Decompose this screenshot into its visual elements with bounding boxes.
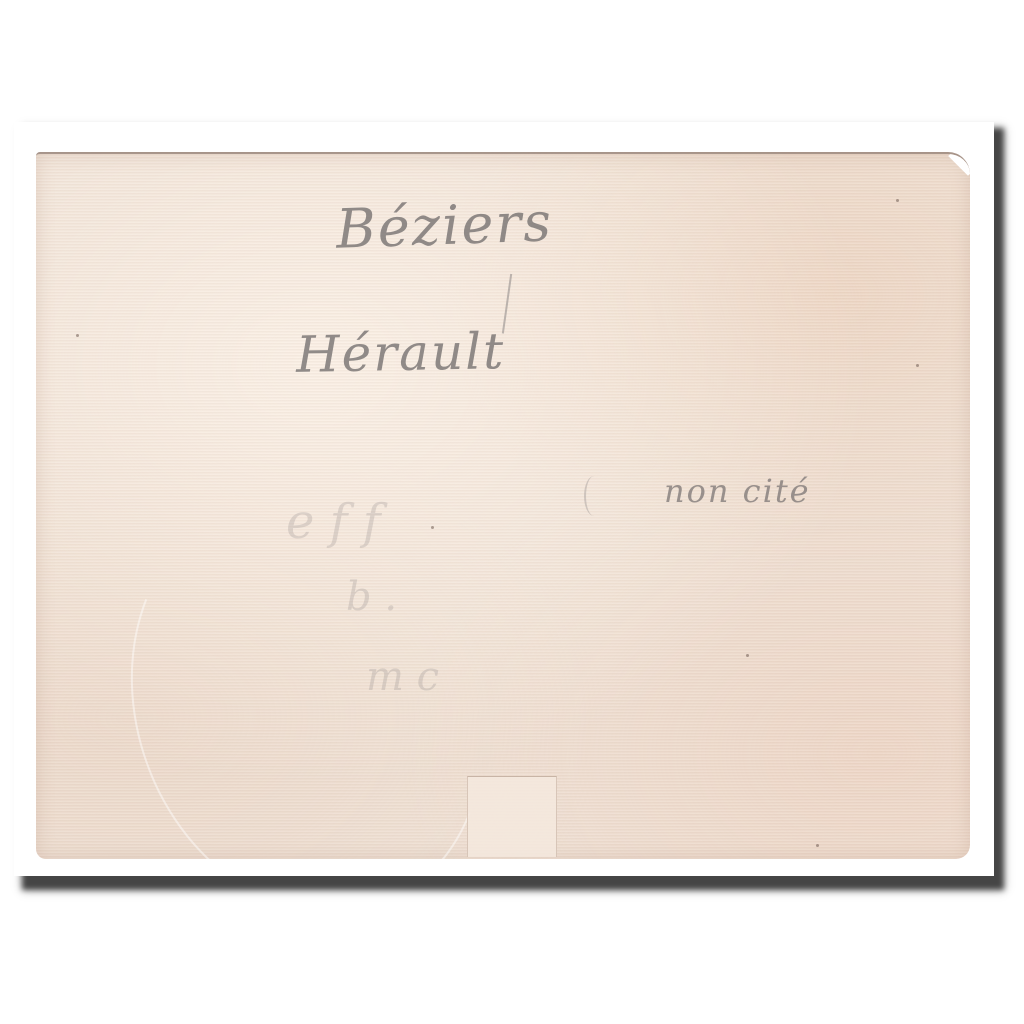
- paper-speck: [431, 526, 434, 529]
- inscription-city: Béziers: [335, 190, 554, 261]
- photo-stage: e f f b . m c Béziers Hérault non cité: [0, 0, 1024, 1024]
- pencil-bracket: [584, 476, 604, 516]
- paper-speck: [916, 364, 919, 367]
- inscription-department: Hérault: [296, 322, 506, 384]
- paper-speck: [816, 844, 819, 847]
- faint-pencil-mark: e f f: [286, 494, 380, 550]
- paper-speck: [76, 334, 79, 337]
- faint-pencil-mark: m c: [366, 654, 439, 700]
- paper-speck: [896, 199, 899, 202]
- paper-note: e f f b . m c Béziers Hérault non cité: [36, 152, 970, 859]
- inscription-note: non cité: [664, 472, 811, 510]
- paper-patch: [467, 776, 557, 857]
- faint-pencil-mark: b .: [346, 574, 397, 620]
- paper-speck: [746, 654, 749, 657]
- chipped-corner: [948, 152, 970, 176]
